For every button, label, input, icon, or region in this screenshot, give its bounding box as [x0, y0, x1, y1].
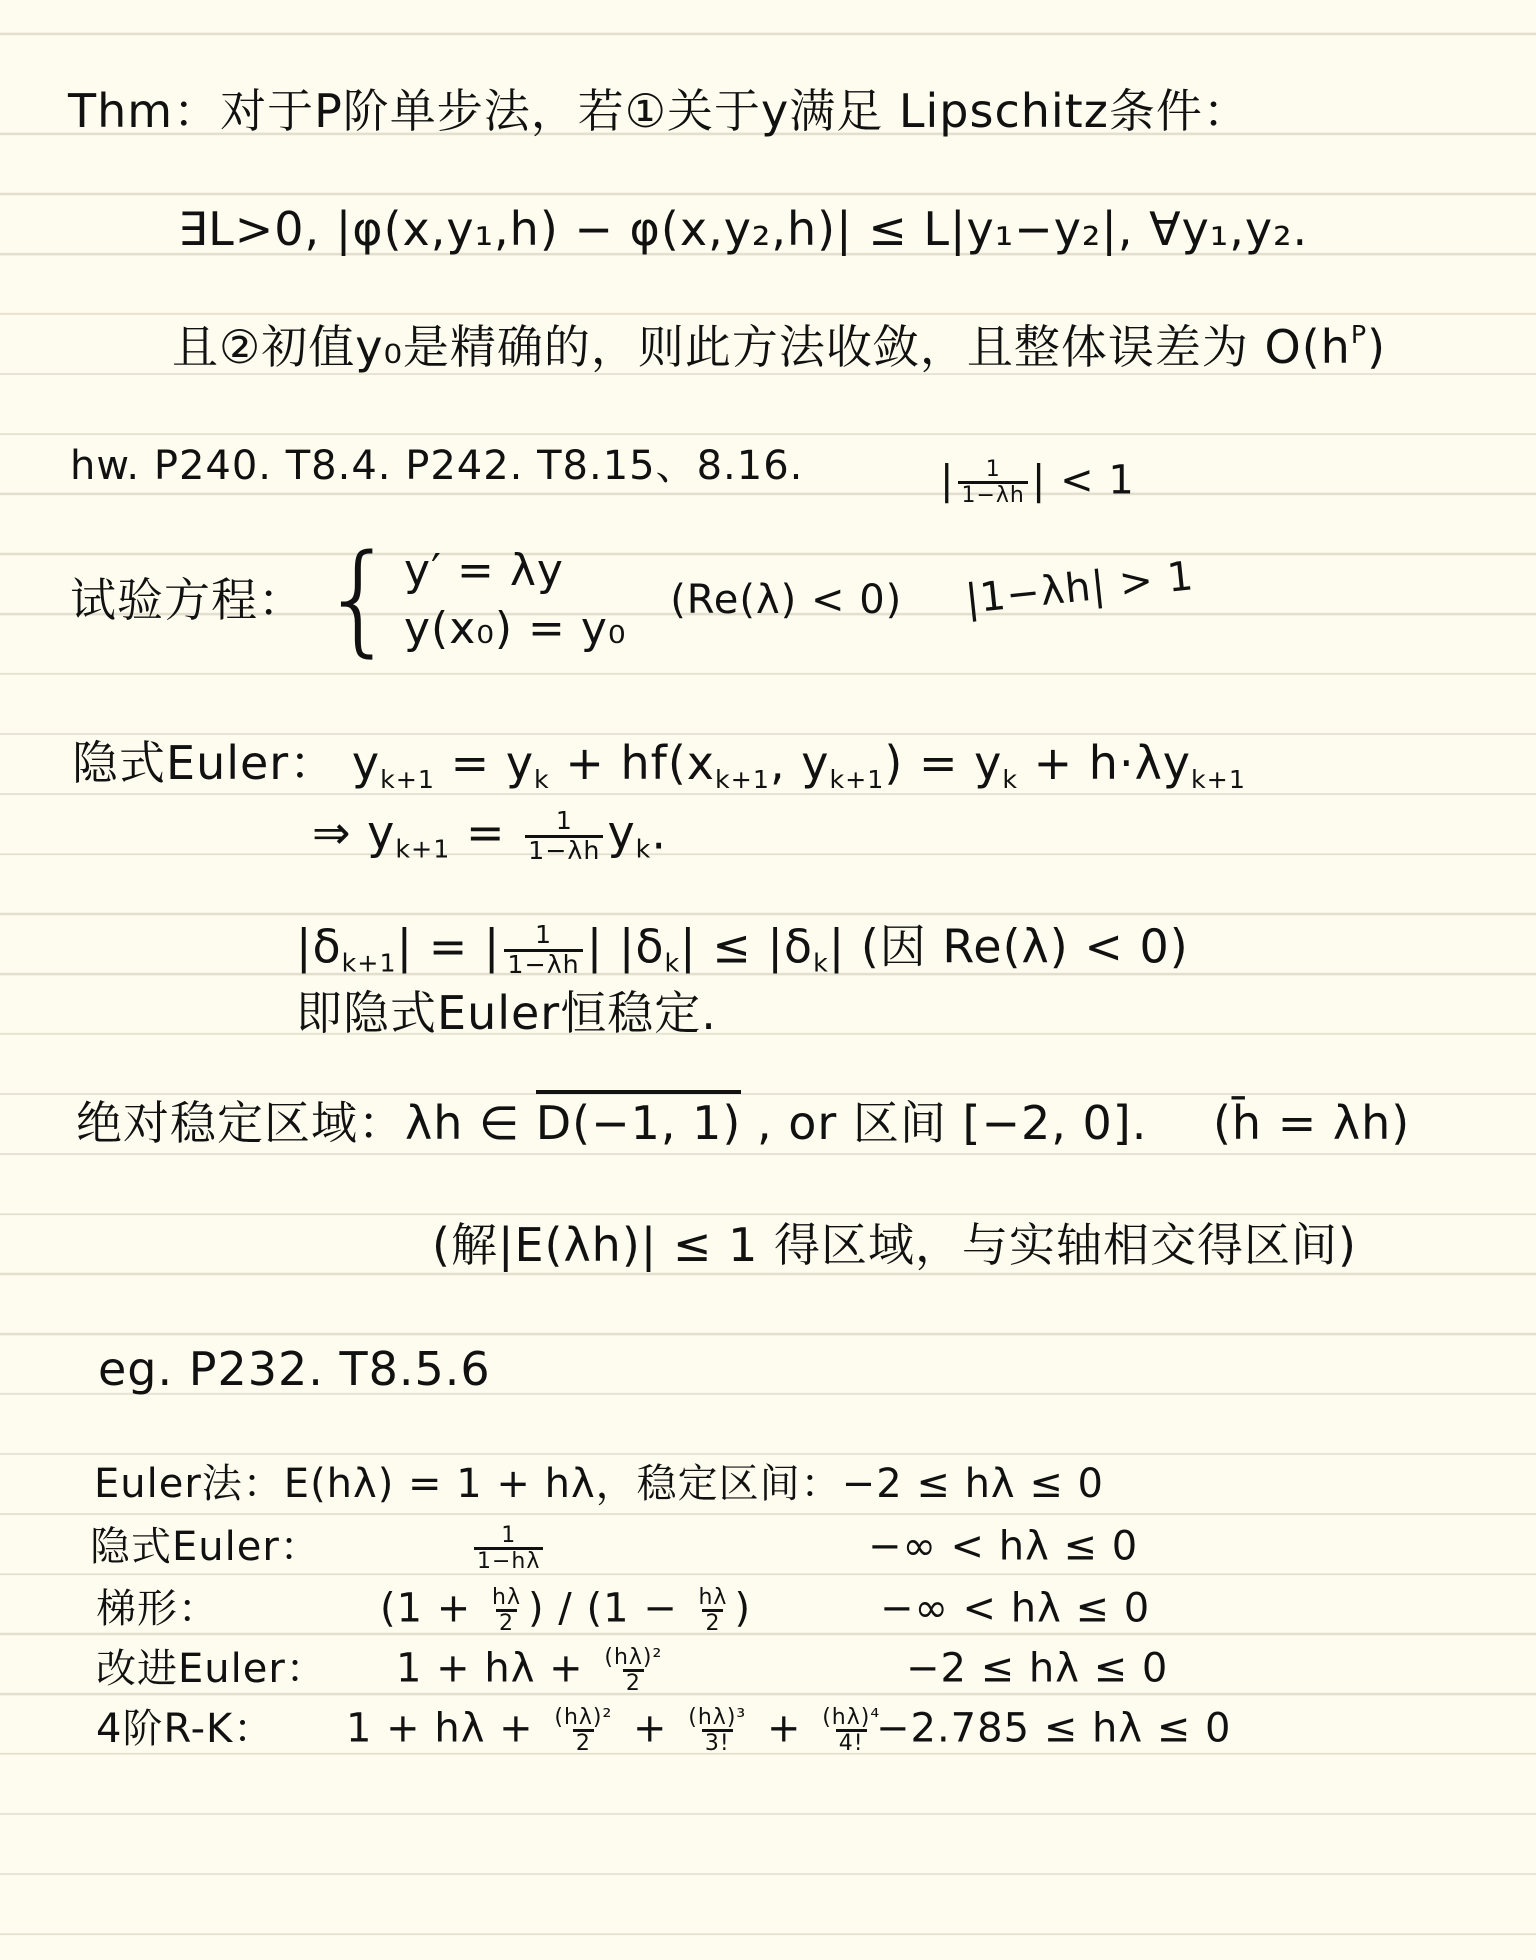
test-equation-label: 试验方程：	[70, 573, 305, 627]
method-interval: −2.785 ≤ hλ ≤ 0	[876, 1706, 1231, 1752]
left-brace-icon: {	[321, 540, 398, 660]
test-equation: 试验方程： { y′ = λy y(x₀) = y₀ (Re(λ) < 0)	[70, 540, 902, 660]
method-formula: (1 + hλ2) / (1 − hλ2)	[380, 1586, 880, 1635]
method-row-implicit-euler: 隐式Euler：11−hλ−∞ < hλ ≤ 0	[90, 1524, 1138, 1573]
theorem-line-3-prefix: 且②初值y₀是精确的，则此方法收敛，且整体误差为 O(h	[172, 320, 1351, 374]
example-reference: eg. P232. T8.5.6	[98, 1346, 491, 1392]
theorem-lipschitz-condition: ∃L>0, |φ(x,y₁,h) − φ(x,y₂,h)| ≤ L|y₁−y₂|…	[178, 206, 1308, 252]
side-note-stable: |11−λh| < 1	[940, 458, 1135, 507]
theorem-line-1: Thm：对于P阶单步法，若①关于y满足 Lipschitz条件：	[68, 88, 1250, 134]
absolute-stability-label: 绝对稳定区域：λh ∈	[76, 1096, 536, 1150]
side-note-fraction: 11−λh	[958, 458, 1027, 507]
theorem-line-3: 且②初值y₀是精确的，则此方法收敛，且整体误差为 O(hP)	[172, 322, 1386, 370]
method-label: 梯形：	[96, 1589, 380, 1629]
stability-interval: , or 区间 [−2, 0].	[741, 1096, 1147, 1150]
order-exponent: P	[1351, 320, 1367, 349]
ode-equation: y′ = λy	[404, 549, 627, 593]
stability-explanation: (解|E(λh)| ≤ 1 得区域，与实轴相交得区间)	[432, 1222, 1357, 1268]
equation-system: { y′ = λy y(x₀) = y₀	[321, 540, 627, 660]
implicit-euler-label: 隐式Euler：	[72, 736, 336, 790]
side-note-unstable: |1−λh| > 1	[964, 556, 1196, 620]
method-formula: 1 + hλ + (hλ)²2 + (hλ)³3! + (hλ)⁴4!	[346, 1706, 876, 1755]
error-factor: 11−λh	[504, 922, 582, 978]
method-row-euler: Euler法：E(hλ) = 1 + hλ，稳定区间：−2 ≤ hλ ≤ 0	[94, 1464, 1104, 1504]
method-label: Euler法：	[94, 1461, 284, 1507]
implicit-euler-definition: 隐式Euler： yk+1 = yk + hf(xk+1, yk+1) = yk…	[72, 740, 1246, 792]
error-propagation: |δk+1| = |11−λh| |δk| ≤ |δk| (因 Re(λ) < …	[296, 922, 1189, 978]
method-interval: −∞ < hλ ≤ 0	[868, 1524, 1138, 1570]
stability-conclusion: 即隐式Euler恒稳定.	[296, 990, 717, 1036]
implicit-euler-derived: ⇒ yk+1 = 11−λhyk.	[312, 808, 667, 864]
test-equation-condition: (Re(λ) < 0)	[670, 577, 902, 623]
method-formula: 1 + hλ + (hλ)²2	[396, 1646, 906, 1695]
method-label: 隐式Euler：	[90, 1527, 470, 1567]
theorem-line-3-suffix: )	[1367, 320, 1386, 374]
method-interval: −2 ≤ hλ ≤ 0	[842, 1461, 1104, 1507]
method-interval: −2 ≤ hλ ≤ 0	[906, 1646, 1168, 1692]
absolute-stability-region: 绝对稳定区域：λh ∈ D(−1, 1) , or 区间 [−2, 0]. (h…	[76, 1100, 1410, 1146]
method-interval: −∞ < hλ ≤ 0	[880, 1586, 1150, 1632]
method-formula: 11−hλ	[474, 1524, 543, 1573]
h-bar-definition: (h̄ = λh)	[1213, 1096, 1410, 1150]
method-label: 4阶R-K：	[96, 1709, 346, 1749]
amplification-factor: 11−λh	[525, 808, 603, 864]
method-row-trapezoid: 梯形：(1 + hλ2) / (1 − hλ2)−∞ < hλ ≤ 0	[96, 1586, 1150, 1635]
method-row-improved-euler: 改进Euler：1 + hλ + (hλ)²2−2 ≤ hλ ≤ 0	[96, 1646, 1168, 1695]
initial-condition: y(x₀) = y₀	[404, 607, 627, 651]
method-row-rk4: 4阶R-K：1 + hλ + (hλ)²2 + (hλ)³3! + (hλ)⁴4…	[96, 1706, 1231, 1755]
homework-line: hw. P240. T8.4. P242. T8.15、8.16.	[70, 446, 803, 486]
method-formula: E(hλ) = 1 + hλ，稳定区间：	[284, 1461, 842, 1507]
method-label: 改进Euler：	[96, 1649, 396, 1689]
closed-disk-region: D(−1, 1)	[536, 1090, 742, 1150]
